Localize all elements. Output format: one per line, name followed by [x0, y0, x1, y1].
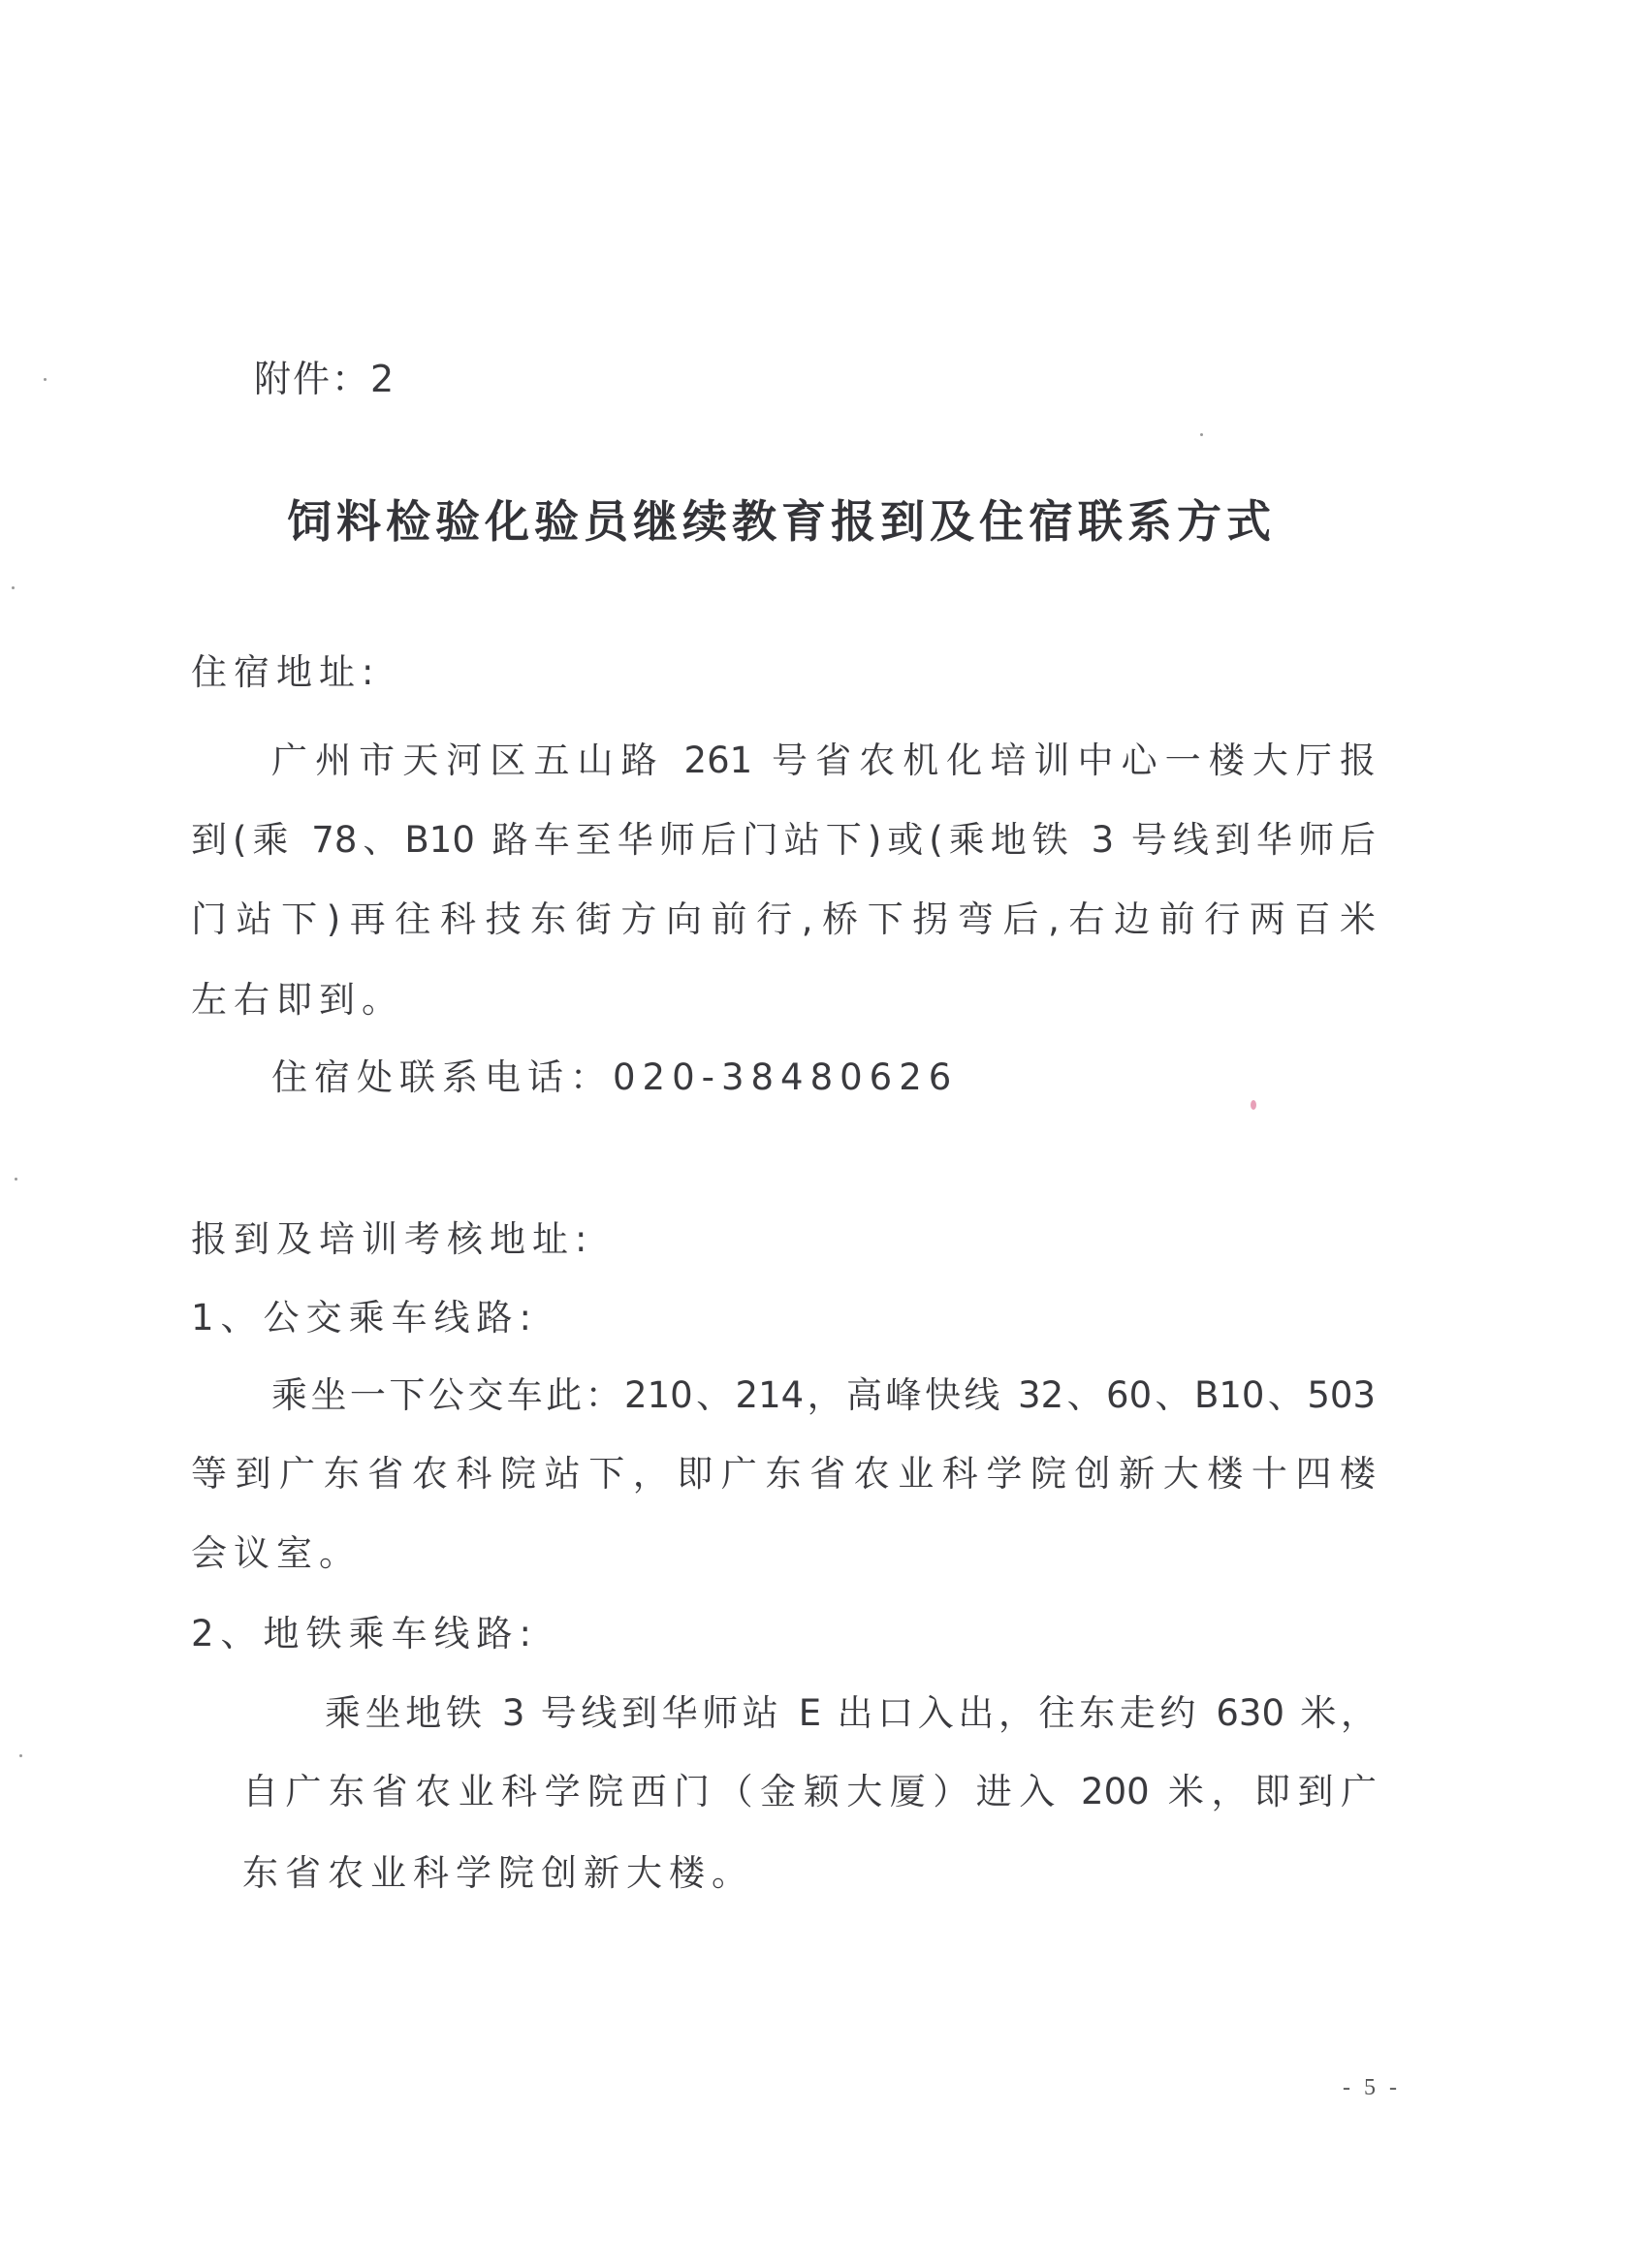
- metro-route-line: 东省农业科学院创新大楼。: [242, 1855, 754, 1891]
- accommodation-address-line: 门站下)再往科技东街方向前行,桥下拐弯后,右边前行两百米: [191, 901, 1376, 937]
- ink-mark: [1251, 1100, 1256, 1110]
- document-page: 附件：2 饲料检验化验员继续教育报到及住宿联系方式 住宿地址: 广州市天河区五山…: [0, 0, 1648, 2268]
- accommodation-heading: 住宿地址:: [191, 654, 380, 690]
- document-title: 饲料检验化验员继续教育报到及住宿联系方式: [287, 499, 1276, 544]
- bus-route-heading: 1、公交乘车线路:: [191, 1300, 538, 1336]
- metro-route-line: 自广东省农业科学院西门（金颖大厦）进入 200 米，即到广: [242, 1774, 1377, 1810]
- scan-speck: [44, 378, 47, 381]
- scan-speck: [12, 586, 15, 589]
- metro-route-line: 乘坐地铁 3 号线到华师站 E 出口入出，往东走约 630 米，: [325, 1695, 1377, 1731]
- accommodation-address-line: 广州市天河区五山路 261 号省农机化培训中心一楼大厅报: [271, 742, 1376, 778]
- scan-speck: [15, 1178, 17, 1181]
- accommodation-address-line: 到(乘 78、B10 路车至华师后门站下)或(乘地铁 3 号线到华师后: [191, 822, 1376, 858]
- registration-heading: 报到及培训考核地址:: [191, 1221, 593, 1257]
- scan-speck: [1200, 433, 1203, 436]
- page-number: - 5 -: [1343, 2076, 1401, 2099]
- metro-route-heading: 2、地铁乘车线路:: [191, 1616, 538, 1652]
- bus-route-line: 等到广东省农科院站下，即广东省农业科学院创新大楼十四楼: [191, 1456, 1376, 1492]
- accommodation-phone: 住宿处联系电话：020-38480626: [271, 1059, 958, 1095]
- bus-route-line: 乘坐一下公交车此：210、214，高峰快线 32、60、B10、503: [271, 1377, 1376, 1413]
- bus-route-line: 会议室。: [191, 1535, 362, 1571]
- accommodation-address-line: 左右即到。: [191, 982, 404, 1018]
- scan-speck: [19, 1754, 22, 1757]
- attachment-label: 附件：2: [254, 361, 396, 397]
